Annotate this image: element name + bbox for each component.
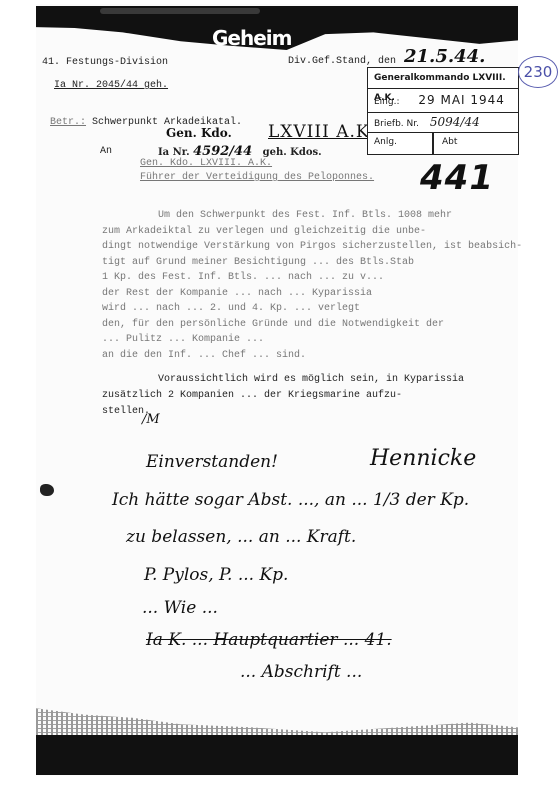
stamp-received-date: 29 MAI 1944 xyxy=(418,93,505,107)
circled-page-number: 230 xyxy=(518,56,558,88)
corps-designation: LXVIII A.K. xyxy=(268,122,376,142)
handwritten-line: Einverstanden! xyxy=(146,452,278,472)
handwritten-line: ... Abschrift ... xyxy=(240,662,362,682)
handwritten-line: Ia K. ... Hauptquartier ... 41. xyxy=(146,630,392,650)
handwritten-441: 441 xyxy=(420,158,494,198)
typist-initials: /M xyxy=(142,412,160,427)
stamp-journal-row: Briefb. Nr. 5094/44 xyxy=(368,112,518,133)
unit-reference: Ia Nr. 2045/44 geh. xyxy=(54,80,168,91)
handwritten-date: 21.5.44. xyxy=(404,46,485,67)
classification: geh. Kdos. xyxy=(263,147,322,158)
ia-number-line: Ia Nr. 4592/44 geh. Kdos. xyxy=(158,144,322,159)
subject-label: Betr.: xyxy=(50,117,86,128)
body-line: wird ... nach ... 2. und 4. Kp. ... verl… xyxy=(102,303,360,314)
handwritten-signature: Hennicke xyxy=(370,446,476,471)
stamp-title: Generalkommando LXVIII. A.K. xyxy=(368,68,518,89)
stamp-department: Abt xyxy=(442,132,457,152)
to-label: An xyxy=(100,146,112,157)
stamp-divider xyxy=(432,132,434,154)
footer-dark-band xyxy=(36,735,518,775)
gen-kdo-title: Gen. Kdo. xyxy=(166,126,232,140)
punch-hole-mark xyxy=(40,484,54,496)
body-line: 1 Kp. des Fest. Inf. Btls. ... nach ... … xyxy=(102,272,384,283)
body-line: ... Pulitz ... Kompanie ... xyxy=(102,334,264,345)
recipient-2: Führer der Verteidigung des Peloponnes. xyxy=(140,172,374,183)
recipient-1: Gen. Kdo. LXVIII. A.K. xyxy=(140,158,272,169)
handwritten-line: ... Wie ... xyxy=(142,598,218,618)
stamp-journal-number: 5094/44 xyxy=(430,115,480,129)
body-line: Um den Schwerpunkt des Fest. Inf. Btls. … xyxy=(158,210,452,221)
handwritten-line: zu belassen, ... an ... Kraft. xyxy=(126,527,356,547)
secret-stamp: Geheim xyxy=(212,26,291,50)
receipt-stamp: Generalkommando LXVIII. A.K. Eing.: 29 M… xyxy=(367,67,519,155)
handwritten-line: Ich hätte sogar Abst. ..., an ... 1/3 de… xyxy=(112,490,469,510)
body-line: dingt notwendige Verstärkung von Pirgos … xyxy=(102,241,522,252)
body-line: Voraussichtlich wird es möglich sein, in… xyxy=(158,374,464,385)
body-line: den, für den persönliche Gründe und die … xyxy=(102,319,444,330)
body-line: der Rest der Kompanie ... nach ... Kypar… xyxy=(102,288,372,299)
body-line: tigt auf Grund meiner Besichtigung ... d… xyxy=(102,257,414,268)
body-line: zum Arkadeiktal zu verlegen und gleichze… xyxy=(102,226,426,237)
body-line: zusätzlich 2 Kompanien ... der Kriegsmar… xyxy=(102,390,402,401)
body-line: an die den Inf. ... Chef ... sind. xyxy=(102,350,306,361)
ia-number-handwritten: 4592/44 xyxy=(193,144,252,159)
handwritten-line: P. Pylos, P. ... Kp. xyxy=(144,565,288,585)
unit-name: 41. Festungs-Division xyxy=(42,57,168,68)
header-band-highlight xyxy=(100,8,260,14)
stamp-received-row: Eing.: 29 MAI 1944 xyxy=(368,88,518,113)
location-date-label: Div.Gef.Stand, den xyxy=(288,56,396,67)
